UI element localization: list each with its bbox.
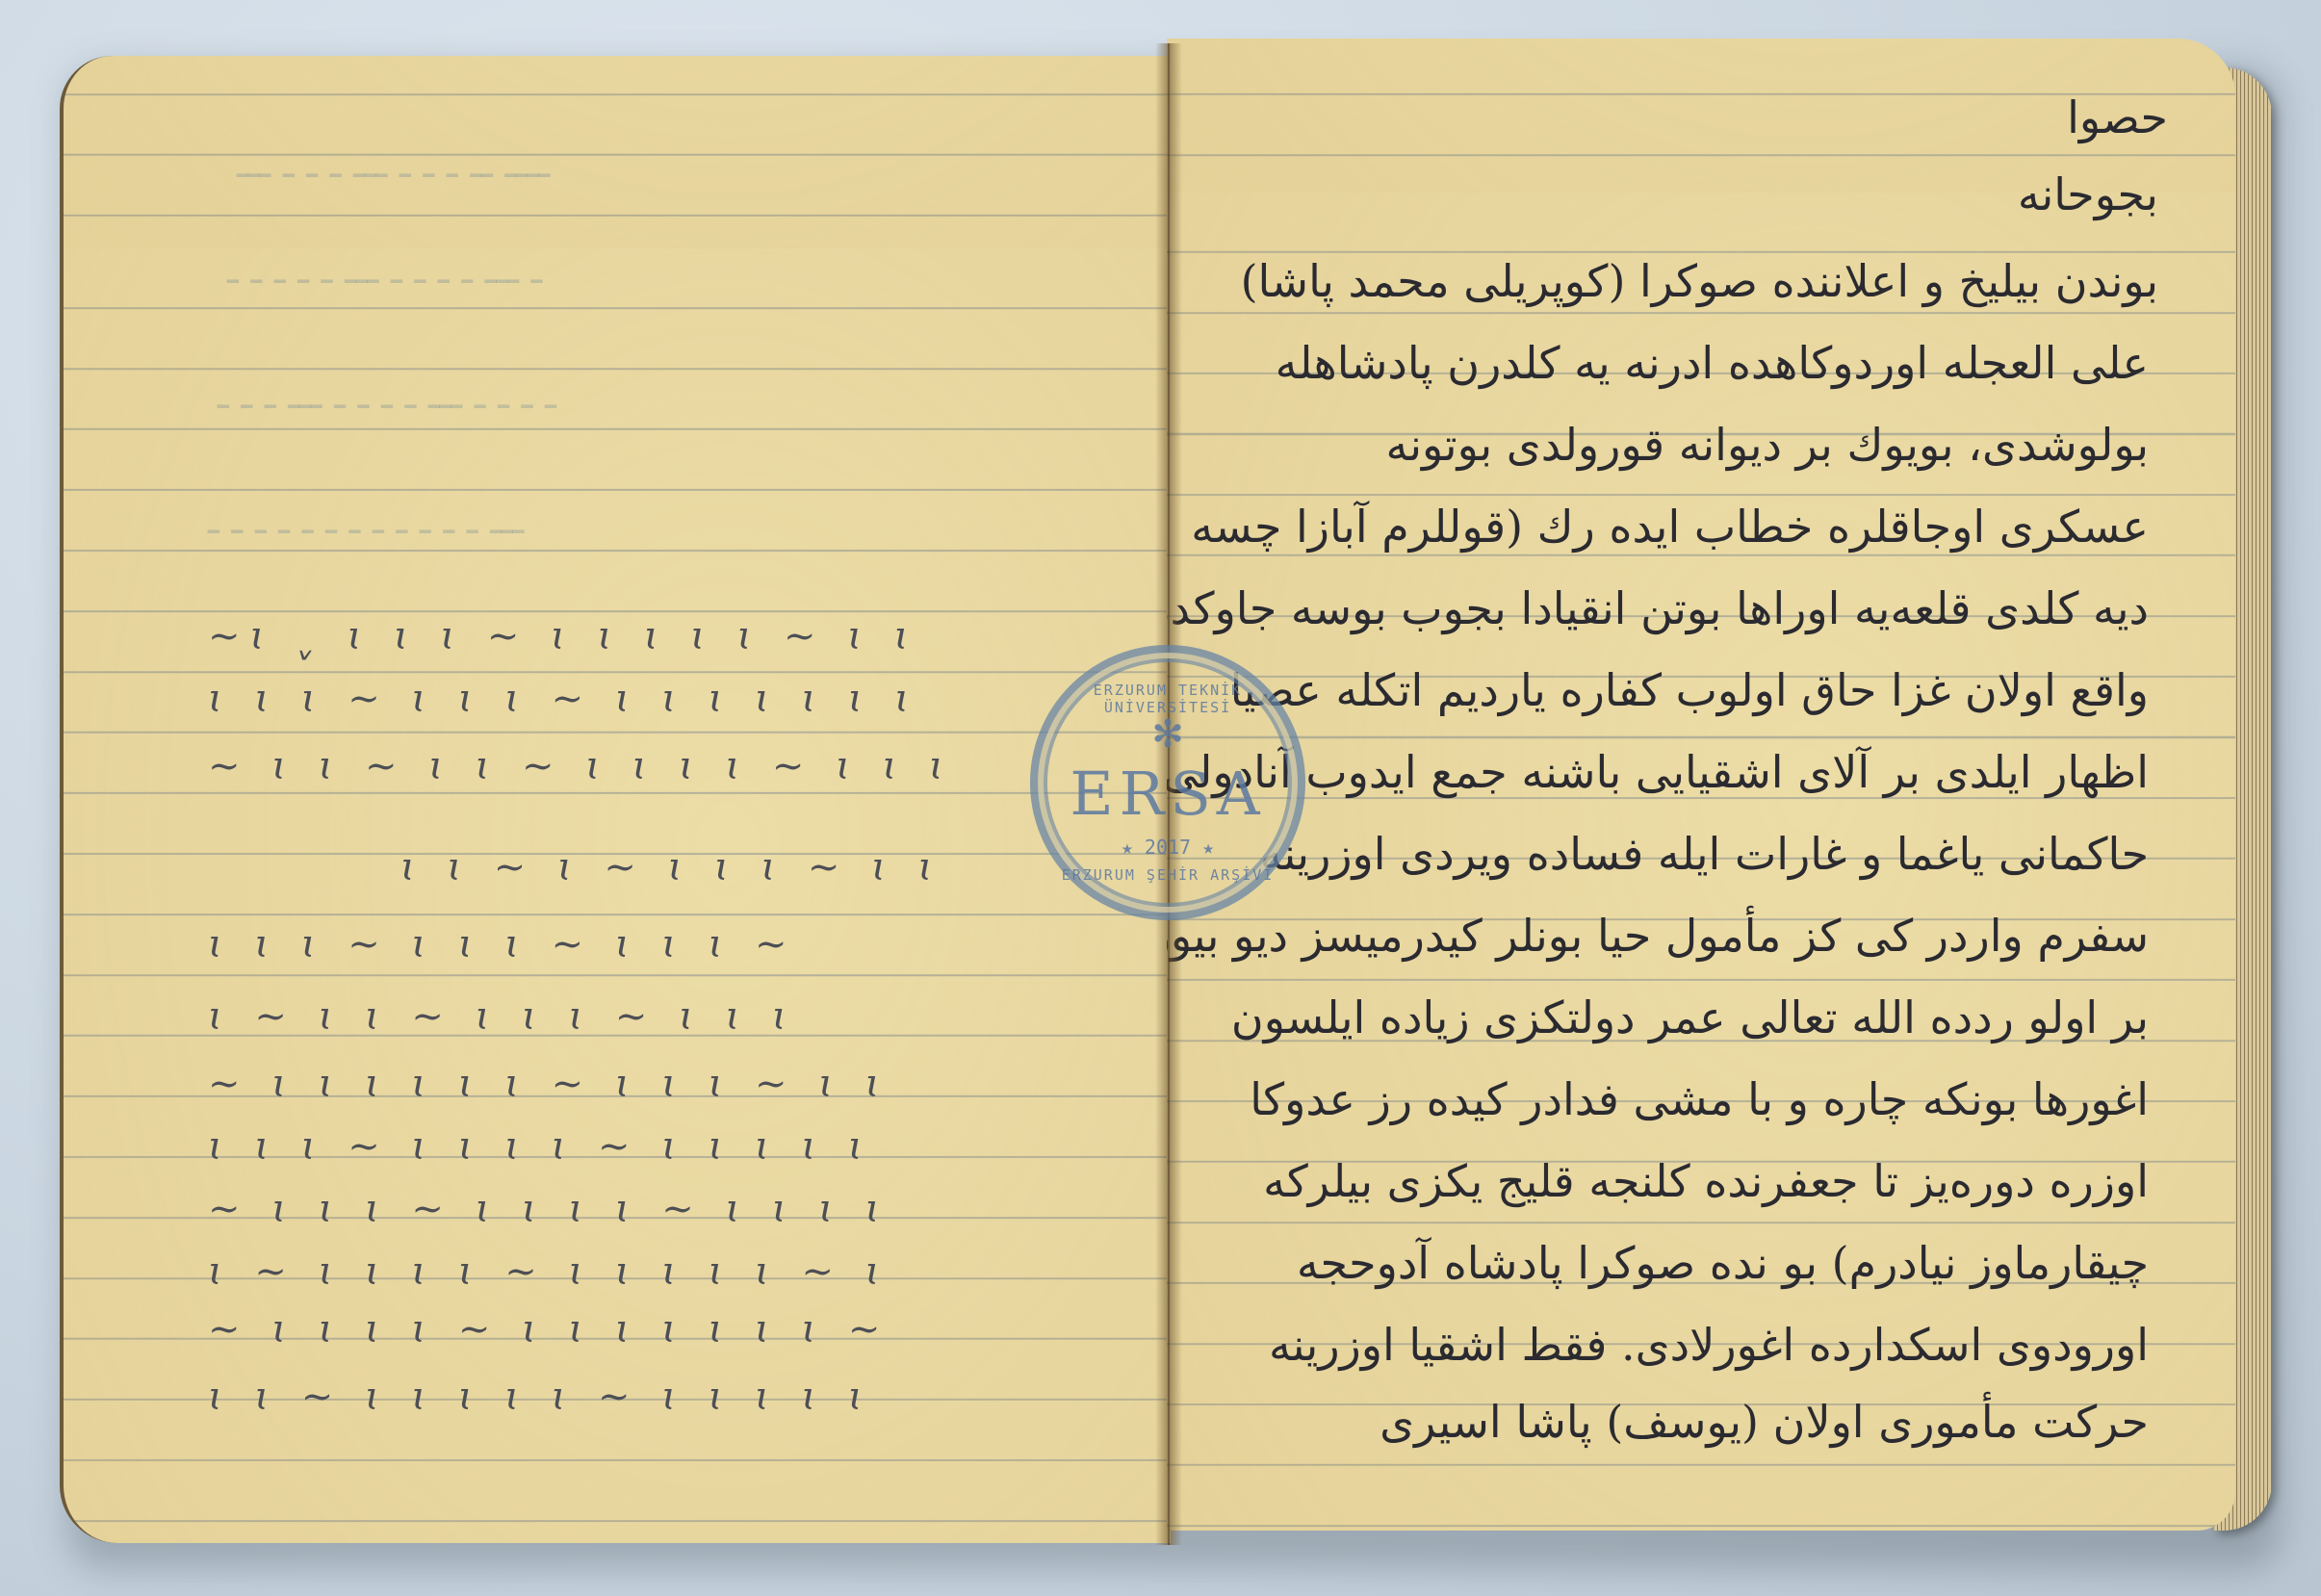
- shorthand-line: ɩ ~ ɩ ɩ ~ ɩ ɩ ɩ ~ ɩ ɩ ɩ: [208, 994, 797, 1039]
- text-line: عسکری اوجاقلره خطاب ایده رك (قوللرم آباز…: [1191, 501, 2149, 553]
- text-line: حصوا: [2067, 91, 2168, 143]
- text-line: اظهار ایلدی بر آلای اشقیایی باشنه جمع ای…: [1167, 746, 2149, 798]
- bleed-through-line: ـــ ـ ـ ـ ـ ـ ـ ـ ـ ـ ـ ـ ـ: [208, 499, 524, 543]
- text-line: اوزره دوره‌یز تا جعفرنده کلنجه قلیج یکزی…: [1263, 1155, 2149, 1207]
- shorthand-line: ~ ɩ ɩ ɩ ɩ ~ ɩ ɩ ɩ ɩ ɩ ɩ ɩ ~: [208, 1307, 890, 1351]
- text-line: بولوشدی، بویوك بر دیوانه قورولدی بوتونه: [1386, 419, 2149, 471]
- bleed-through-line: ـ ـــ ـ ـ ـ ـ ـــ ـ ـ ـ ـ ـ: [227, 248, 542, 293]
- text-line: دیه کلدی قلعه‌یه اوراها بوتن انقیادا بجو…: [1167, 582, 2149, 634]
- stamp-ring-text: ERZURUM ŞEHİR ARŞİVİ: [1038, 866, 1298, 884]
- text-line: بوندن بیلیخ و اعلاننده صوکرا (کوپریلی مح…: [1241, 255, 2158, 307]
- text-line: واقع اولان غزا حاق اولوب کفاره یاردیم ات…: [1230, 664, 2149, 716]
- shorthand-line: ɩ ɩ ɩ ~ ɩ ɩ ɩ ~ ɩ ɩ ɩ ɩ ɩ ɩ ɩ: [208, 677, 919, 721]
- text-line: حرکت مأموری اولان (یوسف) پاشا اسیری: [1380, 1396, 2149, 1448]
- shorthand-line: ~ ɩ ɩ ɩ ~ ɩ ɩ ɩ ɩ ~ ɩ ɩ ɩ ɩ: [208, 1187, 890, 1231]
- shorthand-line: ~ɩ ˬ ɩ ɩ ɩ ~ ɩ ɩ ɩ ɩ ɩ ~ ɩ ɩ: [208, 614, 918, 658]
- stamp-name: ERSA: [1038, 759, 1298, 829]
- text-line: علی العجله اوردوکاهده ادرنه یه کلدرن پاد…: [1276, 337, 2149, 389]
- shorthand-line: ~ ɩ ɩ ɩ ɩ ɩ ɩ ~ ɩ ɩ ɩ ~ ɩ ɩ: [208, 1062, 890, 1106]
- text-line: بر اولو ردده الله تعالی عمر دولتکزی زیاد…: [1231, 991, 2149, 1043]
- text-line: چیقارماوز نیادرم) بو نده صوکرا پادشاه آد…: [1297, 1237, 2149, 1289]
- left-page: ــــ ــ ـ ـ ـ ـــ ـ ـ ـ ـــ ـ ـــ ـ ـ ـ …: [60, 56, 1171, 1543]
- text-line: اغورها بونکه چاره و با مشی فدادر کیده رز…: [1250, 1073, 2149, 1125]
- bleed-through-line: ــــ ــ ـ ـ ـ ـــ ـ ـ ـ ـــ: [237, 142, 550, 187]
- text-line: بجوحانه: [2018, 168, 2158, 220]
- shorthand-line: ɩ ɩ ɩ ~ ɩ ɩ ɩ ɩ ~ ɩ ɩ ɩ ɩ ɩ: [208, 1124, 873, 1169]
- shorthand-line: ~ ɩ ɩ ~ ɩ ɩ ~ ɩ ɩ ɩ ɩ ~ ɩ ɩ ɩ: [208, 744, 954, 788]
- text-line: حاکمانی یاغما و غارات ایله فساده ویردی ا…: [1260, 828, 2149, 880]
- snowflake-emblem-icon: ✻: [1038, 712, 1298, 757]
- text-line: سفرم واردر کی کز مأمول حیا بونلر کیدرمیس…: [1167, 910, 2149, 962]
- shorthand-line: ɩ ɩ ~ ɩ ~ ɩ ɩ ɩ ~ ɩ ɩ: [400, 845, 942, 889]
- text-line: اورودوی اسکدارده اغورلادی. فقط اشقیا اوز…: [1269, 1319, 2149, 1371]
- archive-stamp: ERZURUM TEKNİK ÜNİVERSİTESİ ✻ ERSA ★ 201…: [1030, 645, 1305, 920]
- right-page: حصوا بجوحانه بوندن بیلیخ و اعلاننده صوکر…: [1167, 39, 2235, 1531]
- shorthand-line: ɩ ~ ɩ ɩ ɩ ɩ ~ ɩ ɩ ɩ ɩ ɩ ~ ɩ: [208, 1249, 890, 1294]
- shorthand-line: ɩ ɩ ɩ ~ ɩ ɩ ɩ ~ ɩ ɩ ɩ ~: [208, 922, 797, 966]
- bleed-through-line: ـ ـ ـ ـ ـــ ـ ـ ـ ـ ـــ ـ ـ ـ: [218, 373, 556, 418]
- stamp-ring-text: ERZURUM TEKNİK ÜNİVERSİTESİ: [1038, 682, 1298, 716]
- stamp-year: ★ 2017 ★: [1038, 836, 1298, 859]
- shorthand-line: ɩ ɩ ~ ɩ ɩ ɩ ɩ ɩ ~ ɩ ɩ ɩ ɩ ɩ: [208, 1375, 873, 1419]
